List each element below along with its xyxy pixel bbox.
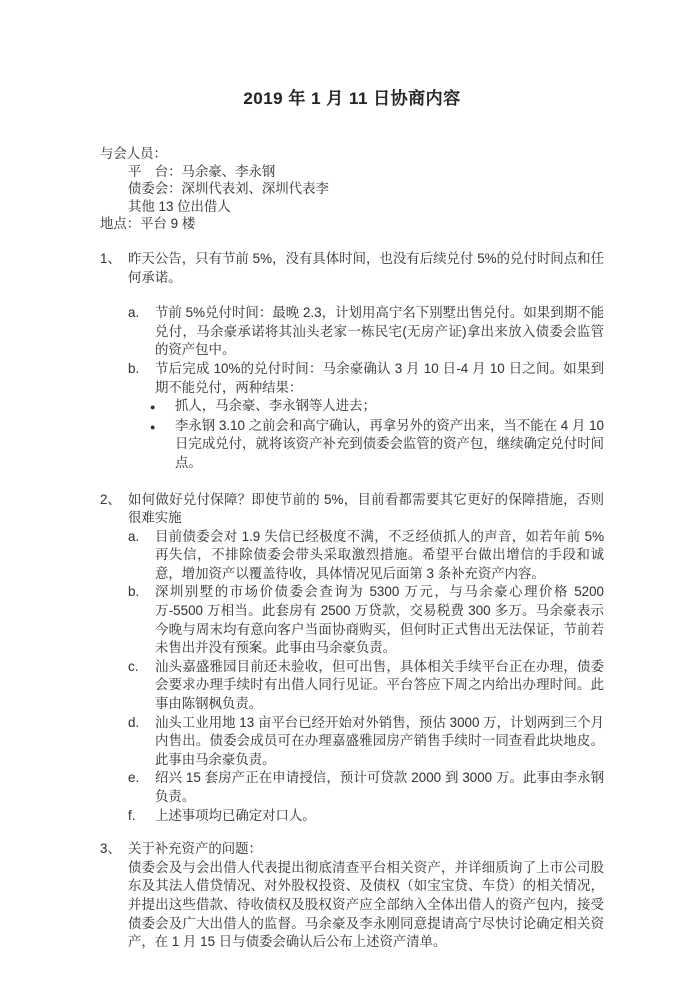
attendee-platform-line: 平 台：马余豪、李永钢 — [100, 163, 604, 181]
attendees-block: 与会人员： 平 台：马余豪、李永钢 债委会：深圳代表刘、深圳代表李 其他 13 … — [100, 145, 604, 233]
item-marker: b. — [128, 583, 155, 602]
item-text: 汕头嘉盛雅园目前还未验收，但可出售，具体相关手续平台正在办理，债委会要求办理手续… — [155, 658, 604, 714]
section-3-paragraph: 债委会及与会出借人代表提出彻底清查平台相关资产，并详细质询了上市公司股东及其法人… — [128, 859, 604, 952]
section-1-heading-row: 1、 昨天公告，只有节前 5%，没有具体时间，也没有后续兑付 5%的兑付时间点和… — [100, 250, 604, 287]
bullet-text: 抓人，马余豪、李永钢等人进去； — [175, 397, 604, 416]
section-3-number: 3、 — [100, 840, 128, 859]
section-2-heading: 如何做好兑付保障？即使节前的 5%，目前看都需要其它更好的保障措施，否则很难实施 — [128, 491, 604, 528]
section-1-number: 1、 — [100, 250, 128, 269]
section-2-item-c: c. 汕头嘉盛雅园目前还未验收，但可出售，具体相关手续平台正在办理，债委会要求办… — [128, 658, 604, 714]
section-1-bullet-1: ● 抓人，马余豪、李永钢等人进去； — [150, 397, 604, 417]
bullet-text: 李永钢 3.10 之前会和高宁确认，再拿另外的资产出来，当不能在 4 月 10 … — [175, 417, 604, 473]
section-2-heading-row: 2、 如何做好兑付保障？即使节前的 5%，目前看都需要其它更好的保障措施，否则很… — [100, 491, 604, 528]
item-text: 上述事项均已确定对口人。 — [155, 807, 604, 826]
item-marker: a. — [128, 304, 155, 323]
document-content: 2019 年 1 月 11 日协商内容 与会人员： 平 台：马余豪、李永钢 债委… — [0, 0, 700, 952]
section-1-item-b: b. 节后完成 10%的兑付时间：马余豪确认 3 月 10 日-4 月 10 日… — [128, 360, 604, 397]
item-text: 绍兴 15 套房产正在申请授信，预计可贷款 2000 到 3000 万。此事由李… — [155, 769, 604, 806]
section-3: 3、 关于补充资产的问题： 债委会及与会出借人代表提出彻底清查平台相关资产，并详… — [100, 840, 604, 952]
section-2-item-d: d. 汕头工业用地 13 亩平台已经开始对外销售，预估 3000 万，计划两到三… — [128, 714, 604, 770]
document-title: 2019 年 1 月 11 日协商内容 — [100, 88, 604, 109]
attendee-committee-line: 债委会：深圳代表刘、深圳代表李 — [100, 180, 604, 198]
section-3-heading: 关于补充资产的问题： — [128, 840, 604, 859]
section-2-item-e: e. 绍兴 15 套房产正在申请授信，预计可贷款 2000 到 3000 万。此… — [128, 769, 604, 806]
item-marker: a. — [128, 528, 155, 547]
item-marker: c. — [128, 658, 155, 677]
section-1-item-a: a. 节前 5%兑付时间：最晚 2.3，计划用高宁名下别墅出售兑付。如果到期不能… — [128, 304, 604, 360]
item-text: 节前 5%兑付时间：最晚 2.3，计划用高宁名下别墅出售兑付。如果到期不能兑付，… — [155, 304, 604, 360]
item-text: 汕头工业用地 13 亩平台已经开始对外销售，预估 3000 万，计划两到三个月内… — [155, 714, 604, 770]
section-2-number: 2、 — [100, 491, 128, 510]
bullet-icon: ● — [150, 417, 175, 437]
section-3-heading-row: 3、 关于补充资产的问题： — [100, 840, 604, 859]
meeting-location: 地点：平台 9 楼 — [100, 215, 604, 233]
section-1: 1、 昨天公告，只有节前 5%，没有具体时间，也没有后续兑付 5%的兑付时间点和… — [100, 250, 604, 473]
item-text: 深圳别墅的市场价债委会查询为 5300 万元，与马余豪心理价格 5200 万-5… — [155, 583, 604, 657]
item-marker: d. — [128, 714, 155, 733]
document-page: 2019 年 1 月 11 日协商内容 与会人员： 平 台：马余豪、李永钢 债委… — [0, 0, 700, 989]
attendee-others-line: 其他 13 位出借人 — [100, 198, 604, 216]
section-2-item-f: f. 上述事项均已确定对口人。 — [128, 807, 604, 826]
item-marker: b. — [128, 360, 155, 379]
section-1-bullet-2: ● 李永钢 3.10 之前会和高宁确认，再拿另外的资产出来，当不能在 4 月 1… — [150, 417, 604, 473]
section-2-item-a: a. 目前债委会对 1.9 失信已经极度不满，不乏经侦抓人的声音，如若年前 5%… — [128, 528, 604, 584]
section-2: 2、 如何做好兑付保障？即使节前的 5%，目前看都需要其它更好的保障措施，否则很… — [100, 491, 604, 826]
item-text: 节后完成 10%的兑付时间：马余豪确认 3 月 10 日-4 月 10 日之间。… — [155, 360, 604, 397]
section-2-item-b: b. 深圳别墅的市场价债委会查询为 5300 万元，与马余豪心理价格 5200 … — [128, 583, 604, 657]
section-1-heading: 昨天公告，只有节前 5%，没有具体时间，也没有后续兑付 5%的兑付时间点和任何承… — [128, 250, 604, 287]
bullet-icon: ● — [150, 397, 175, 417]
attendees-label: 与会人员： — [100, 145, 604, 163]
item-marker: e. — [128, 769, 155, 788]
item-text: 目前债委会对 1.9 失信已经极度不满，不乏经侦抓人的声音，如若年前 5%再失信… — [155, 528, 604, 584]
item-marker: f. — [128, 807, 155, 826]
